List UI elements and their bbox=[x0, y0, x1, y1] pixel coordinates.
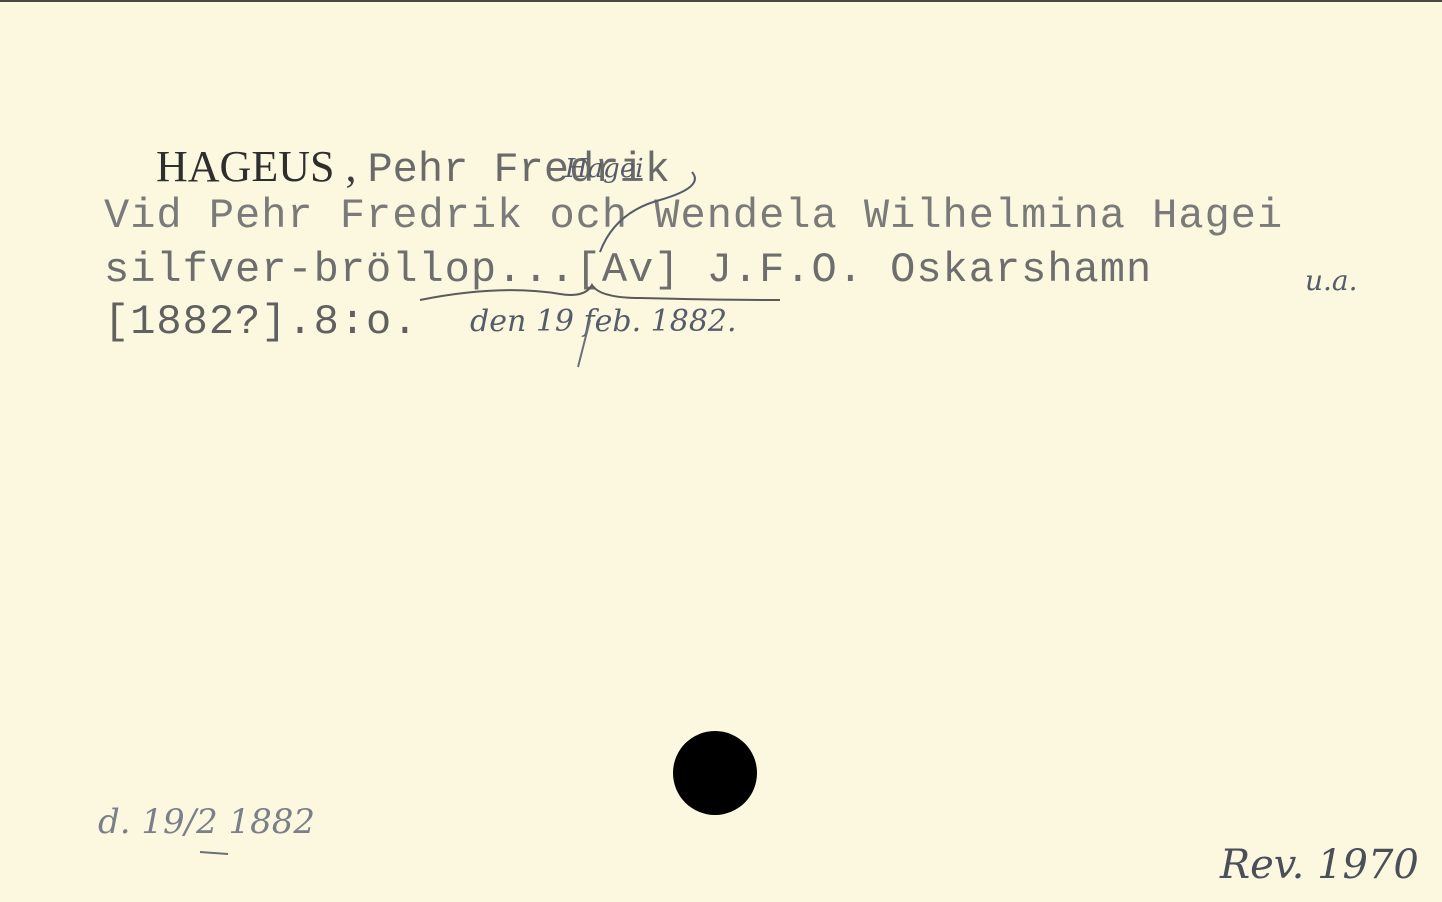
typed-title-line-3: [1882?].8:o. bbox=[104, 298, 418, 346]
handwritten-bottom-note: d. 19/2 1882 bbox=[98, 802, 315, 842]
handwritten-date-note: den 19 feb. 1882. bbox=[470, 304, 737, 339]
typed-title-line-2: silfver-bröllop...[Av] J.F.O. Oskarshamn bbox=[104, 246, 1152, 294]
typed-title-line-1: Vid Pehr Fredrik och Wendela Wilhelmina … bbox=[104, 192, 1283, 240]
punch-hole bbox=[673, 731, 757, 815]
handwritten-revision-note: Rev. 1970 bbox=[1220, 842, 1419, 888]
handwritten-insertion: Hagei bbox=[565, 154, 644, 184]
catalog-card: HAGEUS , Pehr Fredrik Vid Pehr Fredrik o… bbox=[0, 0, 1442, 902]
handwritten-place-note: u.a. bbox=[1305, 264, 1358, 297]
heading-separator: , bbox=[334, 142, 367, 191]
heading-surname: HAGEUS bbox=[156, 142, 334, 191]
